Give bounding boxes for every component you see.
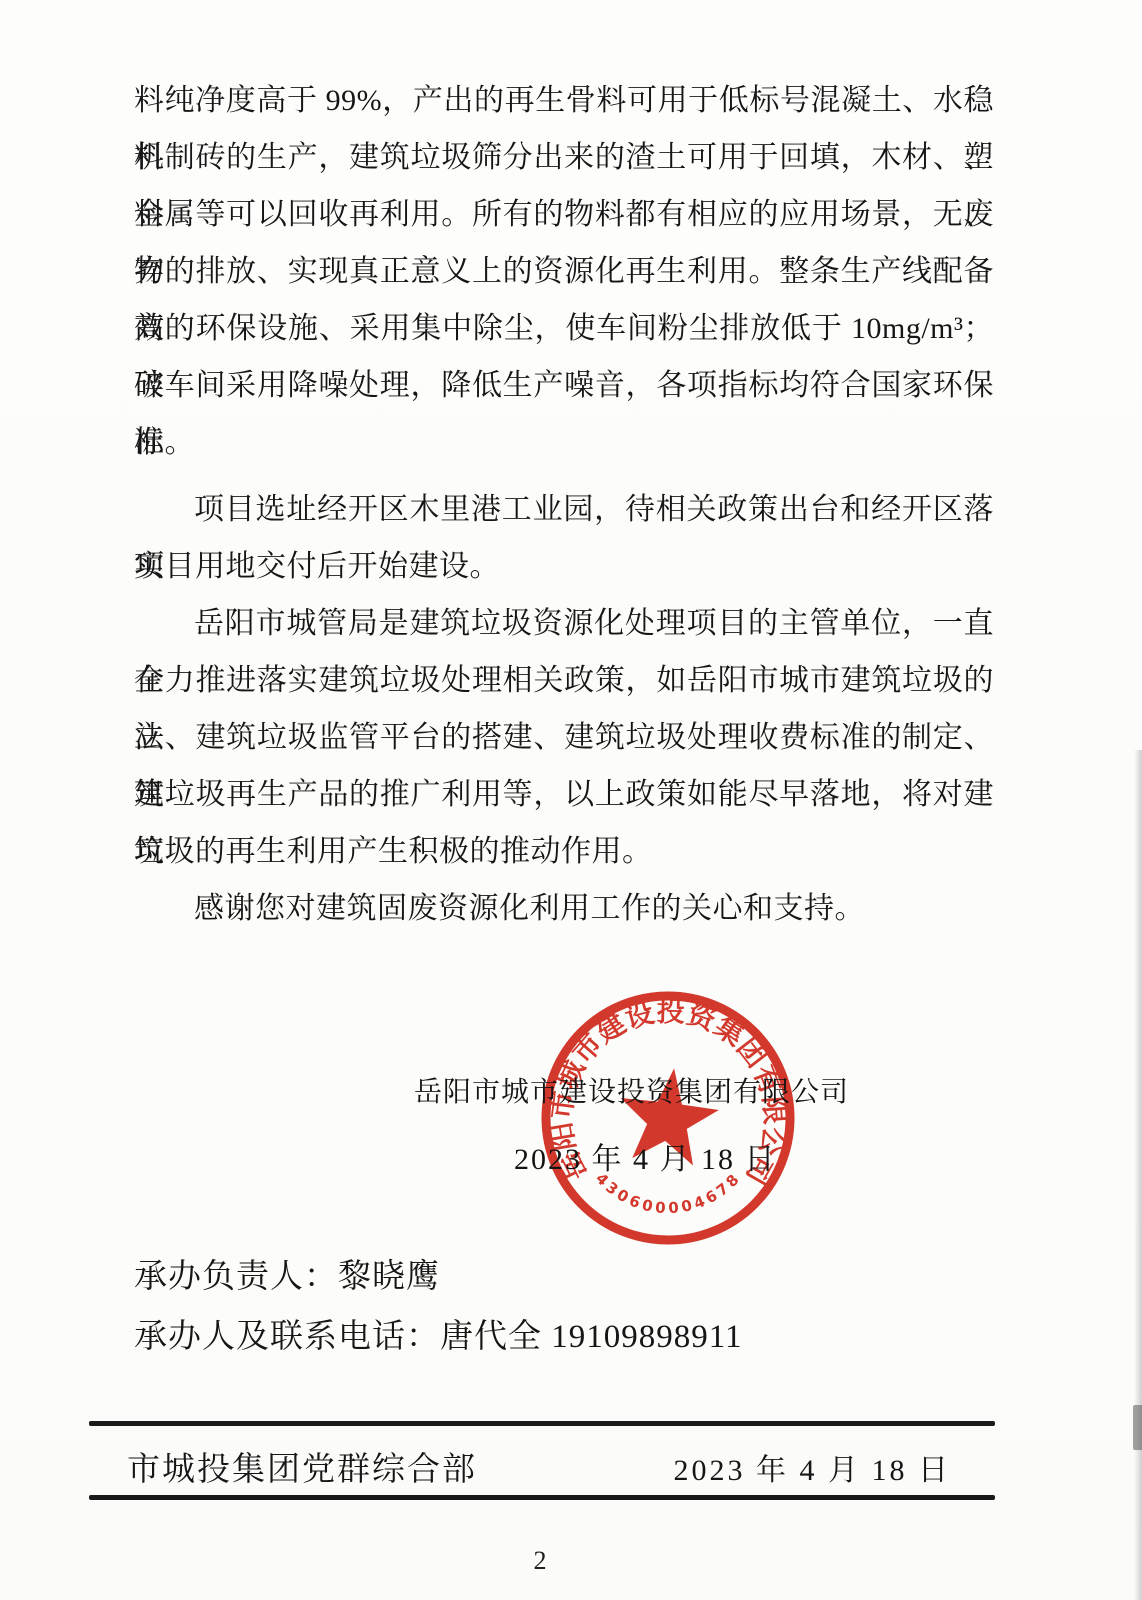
company-seal: 岳阳市城市建设投资集团有限公司 4306000046788 — [518, 968, 818, 1268]
body-line: 准。 — [134, 414, 994, 471]
page-number: 2 — [0, 1546, 1080, 1576]
scan-edge-artifact — [1134, 750, 1142, 1600]
scanned-letter-page: 料纯净度高于 99%，产出的再生骨料可用于低标号混凝土、水稳料、机制砖的生产，建… — [0, 0, 1142, 1600]
body-line: 法、建筑垃圾监管平台的搭建、建筑垃圾处理收费标准的制定、建 — [134, 709, 994, 766]
body-line: 项目选址经开区木里港工业园，待相关政策出台和经开区落实 — [134, 481, 994, 538]
scan-edge-blotch — [1133, 1405, 1142, 1450]
body-line: 垃圾的再生利用产生积极的推动作用。 — [134, 823, 994, 880]
body-line: 金属等可以回收再利用。所有的物料都有相应的应用场景，无废弃 — [134, 186, 994, 243]
body-line: 感谢您对建筑固废资源化利用工作的关心和支持。 — [134, 880, 994, 937]
body-line: 物的排放、实现真正意义上的资源化再生利用。整条生产线配备高 — [134, 243, 994, 300]
footer-bottom-rule — [89, 1495, 995, 1500]
contact-handler-value: 唐代全 19109898911 — [440, 1319, 743, 1355]
letter-body: 料纯净度高于 99%，产出的再生骨料可用于低标号混凝土、水稳料、机制砖的生产，建… — [134, 72, 994, 937]
contact-handler-line: 承办人及联系电话：唐代全 19109898911 — [134, 1310, 743, 1357]
signature-date: 2023 年 4 月 18 日 — [514, 1134, 777, 1178]
contact-manager-label: 承办负责人： — [134, 1259, 338, 1295]
body-line: 效的环保设施、采用集中除尘，使车间粉尘排放低于 10mg/m³；破 — [134, 300, 994, 357]
footer-top-rule — [89, 1421, 995, 1426]
footer-department: 市城投集团党群综合部 — [127, 1443, 477, 1490]
body-line: 全力推进落实建筑垃圾处理相关政策，如岳阳市城市建筑垃圾的立 — [134, 652, 994, 709]
contact-manager-name: 黎晓鹰 — [338, 1259, 440, 1295]
footer-date: 2023 年 4 月 18 日 — [674, 1445, 952, 1489]
body-line: 机制砖的生产，建筑垃圾筛分出来的渣土可用于回填，木材、塑料、 — [134, 129, 994, 186]
contact-manager-line: 承办负责人：黎晓鹰 — [134, 1250, 440, 1297]
body-line: 碎车间采用降噪处理，降低生产噪音，各项指标均符合国家环保标 — [134, 357, 994, 414]
body-line: 岳阳市城管局是建筑垃圾资源化处理项目的主管单位，一直在 — [134, 595, 994, 652]
footer-row: 市城投集团党群综合部 2023 年 4 月 18 日 — [89, 1443, 995, 1490]
body-line: 料纯净度高于 99%，产出的再生骨料可用于低标号混凝土、水稳料、 — [134, 72, 994, 129]
body-line: 筑垃圾再生产品的推广利用等，以上政策如能尽早落地，将对建筑 — [134, 766, 994, 823]
body-line: 项目用地交付后开始建设。 — [134, 538, 994, 595]
signature-company: 岳阳市城市建设投资集团有限公司 — [414, 1070, 849, 1110]
contact-handler-label: 承办人及联系电话： — [134, 1319, 440, 1355]
